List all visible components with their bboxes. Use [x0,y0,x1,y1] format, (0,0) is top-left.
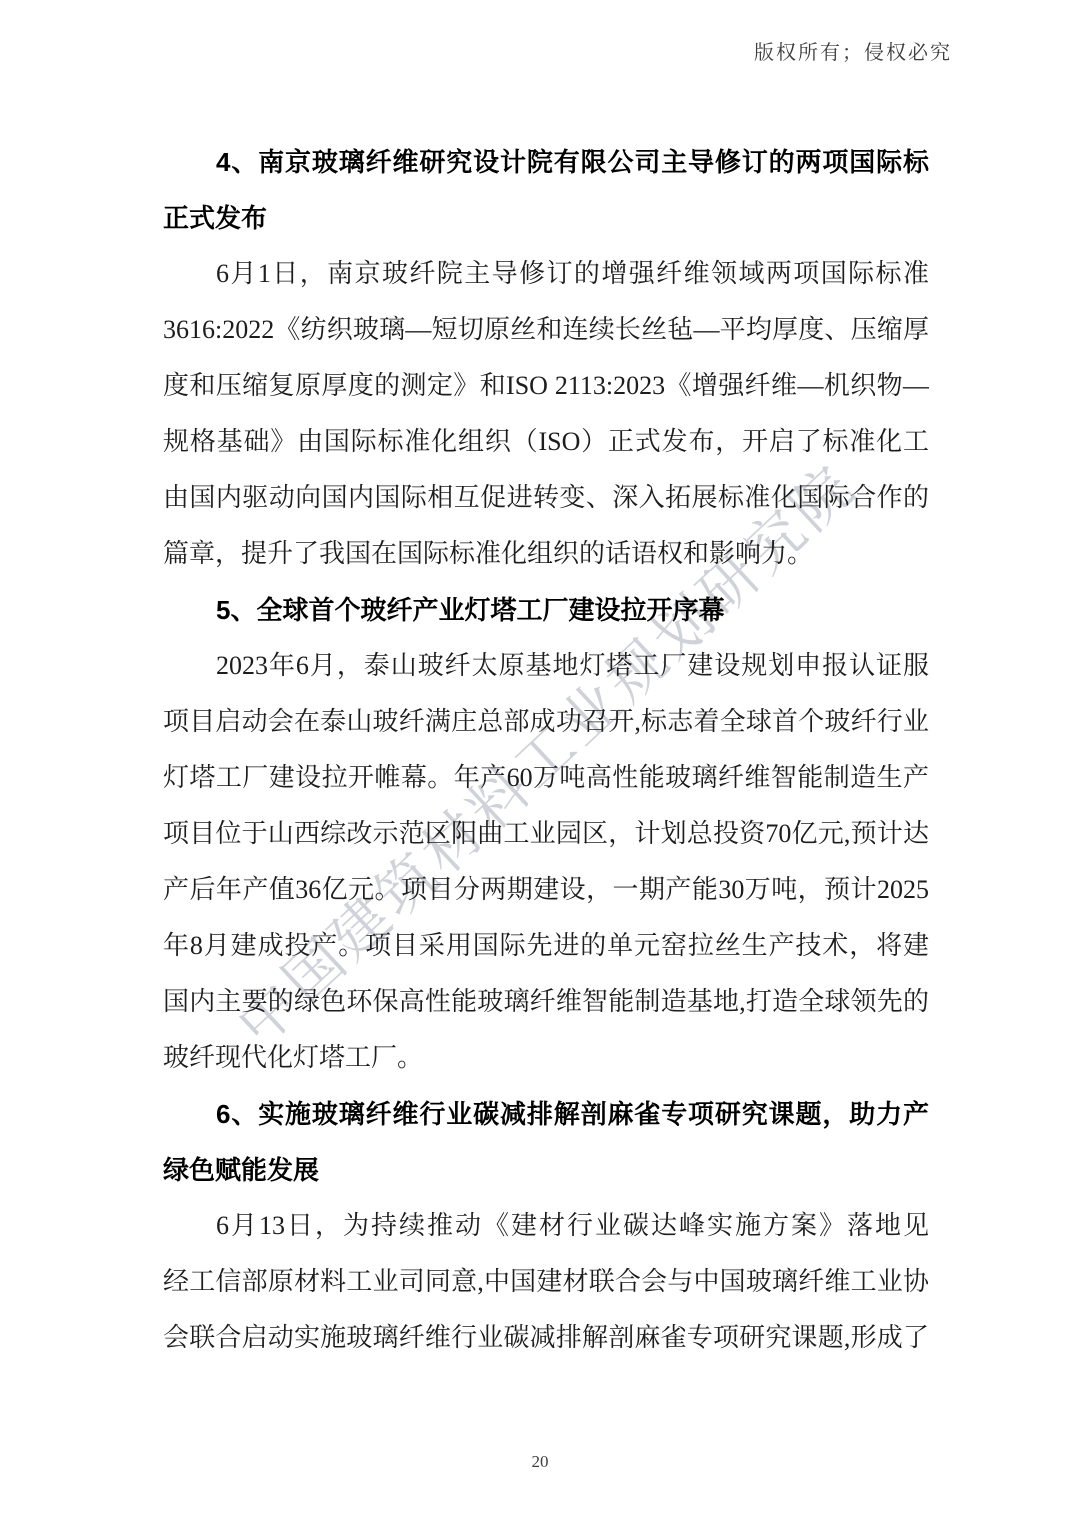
body-line: 灯塔工厂建设拉开帷幕。年产60万吨高性能玻璃纤维智能制造生产线 [163,750,929,806]
body-line: 国内主要的绿色环保高性能玻璃纤维智能制造基地,打造全球领先的 [163,974,929,1030]
body-line: 6月1日，南京玻纤院主导修订的增强纤维领域两项国际标准ISO [163,246,929,302]
body-line: 2023年6月，泰山玻纤太原基地灯塔工厂建设规划申报认证服务 [163,638,929,694]
body-line: 由国内驱动向国内国际相互促进转变、深入拓展标准化国际合作的新 [163,470,929,526]
body-line: 年8月建成投产。项目采用国际先进的单元窑拉丝生产技术，将建成 [163,918,929,974]
body-line: 会联合启动实施玻璃纤维行业碳减排解剖麻雀专项研究课题,形成了 [163,1310,929,1366]
document-body: 4、南京玻璃纤维研究设计院有限公司主导修订的两项国际标准正式发布6月1日，南京玻… [163,134,929,1366]
body-line: 度和压缩复原厚度的测定》和ISO 2113:2023《增强纤维—机织物— [163,358,929,414]
document-page: 版权所有；侵权必究 中国建筑材料工业规划研究院 4、南京玻璃纤维研究设计院有限公… [0,0,1080,1527]
body-line: 规格基础》由国际标准化组织（ISO）正式发布，开启了标准化工作 [163,414,929,470]
body-line: 3616:2022《纺织玻璃—短切原丝和连续长丝毡—平均厚度、压缩厚 [163,302,929,358]
body-line: 玻纤现代化灯塔工厂。 [163,1030,929,1086]
heading-line: 6、实施玻璃纤维行业碳减排解剖麻雀专项研究课题，助力产业 [163,1086,929,1142]
body-line: 篇章，提升了我国在国际标准化组织的话语权和影响力。 [163,526,929,582]
page-number: 20 [0,1452,1080,1472]
body-line: 项目启动会在泰山玻纤满庄总部成功召开,标志着全球首个玻纤行业 [163,694,929,750]
copyright-notice: 版权所有；侵权必究 [754,36,952,65]
body-line: 产后年产值36亿元。项目分两期建设，一期产能30万吨，预计2025 [163,862,929,918]
heading-line: 5、全球首个玻纤产业灯塔工厂建设拉开序幕 [163,582,929,638]
body-line: 项目位于山西综改示范区阳曲工业园区，计划总投资70亿元,预计达 [163,806,929,862]
body-line: 经工信部原材料工业司同意,中国建材联合会与中国玻璃纤维工业协 [163,1254,929,1310]
heading-line: 4、南京玻璃纤维研究设计院有限公司主导修订的两项国际标准 [163,134,929,190]
heading-line: 绿色赋能发展 [163,1142,929,1198]
body-line: 6月13日，为持续推动《建材行业碳达峰实施方案》落地见效， [163,1198,929,1254]
heading-line: 正式发布 [163,190,929,246]
